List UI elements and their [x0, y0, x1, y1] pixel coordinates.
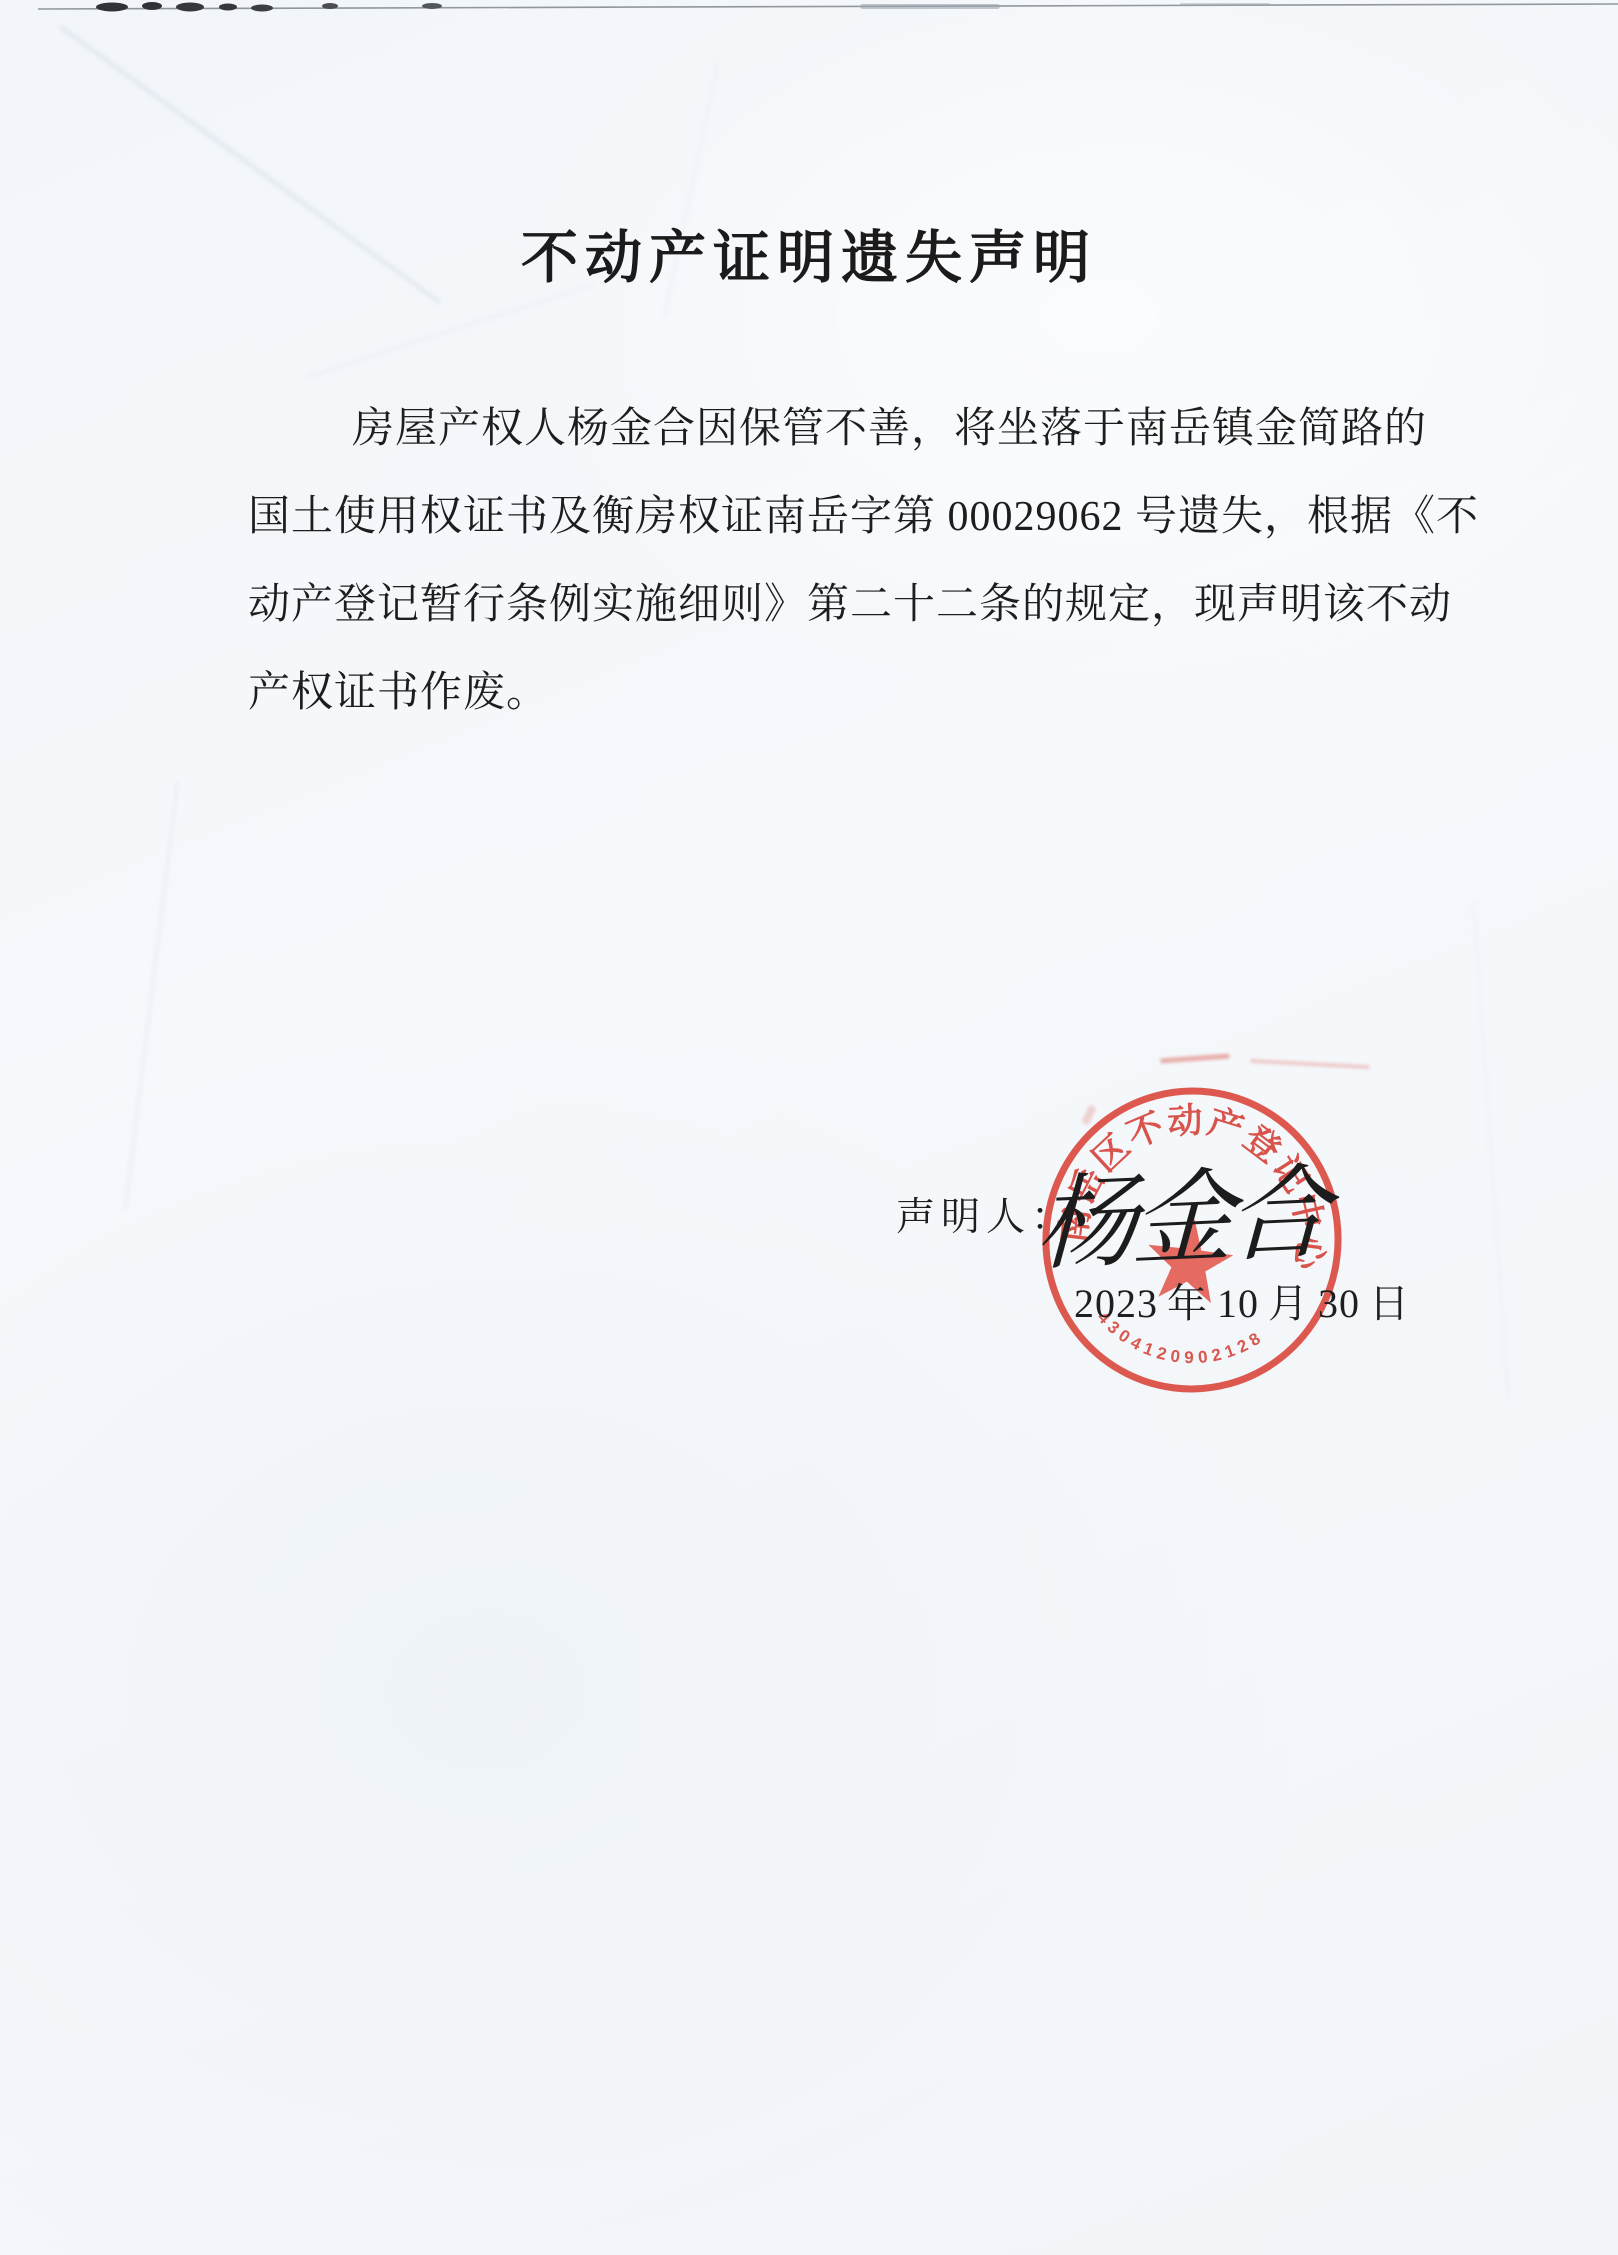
body-paragraph: 房屋产权人杨金合因保管不善，将坐落于南岳镇金简路的 国土使用权证书及衡房权证南岳…	[248, 385, 1420, 737]
body-line: 产权证书作废。	[248, 649, 1420, 737]
document-title: 不动产证明遗失声明	[0, 212, 1618, 294]
body-line: 动产登记暂行条例实施细则》第二十二条的规定，现声明该不动	[248, 561, 1420, 649]
seal-ink-smudge	[1160, 1054, 1230, 1064]
body-line: 国土使用权证书及衡房权证南岳字第 00029062 号遗失，根据《不	[248, 473, 1420, 561]
paper-crease	[1473, 901, 1510, 1400]
scan-top-edge-artifact	[0, 0, 1618, 18]
body-line: 房屋产权人杨金合因保管不善，将坐落于南岳镇金简路的	[248, 385, 1420, 473]
scanned-document-page: 不动产证明遗失声明 房屋产权人杨金合因保管不善，将坐落于南岳镇金简路的 国土使用…	[0, 0, 1618, 2255]
seal-ink-smudge	[1250, 1059, 1370, 1069]
paper-crease	[124, 781, 179, 1208]
signature-handwriting: 杨金合	[1034, 1132, 1326, 1291]
date-text: 2023 年 10 月 30 日	[1074, 1272, 1410, 1329]
paper-crease	[307, 284, 593, 379]
